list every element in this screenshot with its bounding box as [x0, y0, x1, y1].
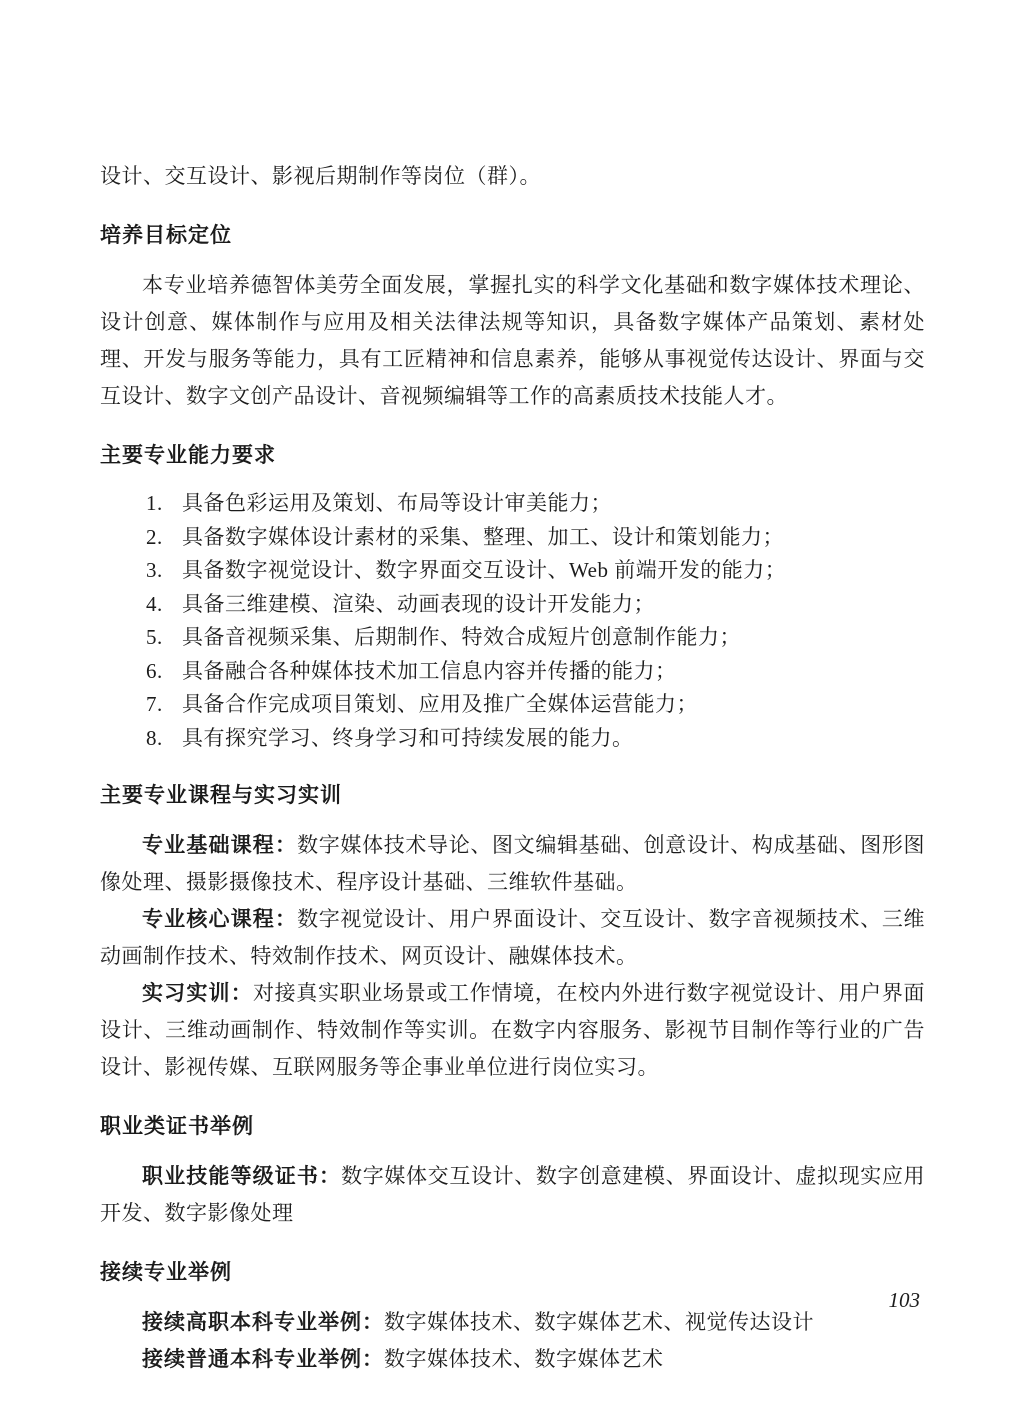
ability-list-item-3: 3. 具备数字视觉设计、数字界面交互设计、Web 前端开发的能力； — [100, 554, 925, 588]
continuing-regular-text: 数字媒体技术、数字媒体艺术 — [384, 1347, 664, 1371]
document-page: 设计、交互设计、影视后期制作等岗位（群）。 培养目标定位 本专业培养德智体美劳全… — [0, 0, 1024, 1426]
list-item-text: 具备数字媒体设计素材的采集、整理、加工、设计和策划能力； — [182, 521, 925, 555]
ability-list-item-7: 7. 具备合作完成项目策划、应用及推广全媒体运营能力； — [100, 688, 925, 722]
list-item-text: 具备三维建模、渲染、动画表现的设计开发能力； — [182, 588, 925, 622]
lead-paragraph: 设计、交互设计、影视后期制作等岗位（群）。 — [100, 158, 925, 195]
continuing-vocational-label: 接续高职本科专业举例： — [142, 1311, 384, 1334]
courses-core-label: 专业核心课程： — [142, 908, 297, 931]
list-item-text: 具备合作完成项目策划、应用及推广全媒体运营能力； — [182, 688, 925, 722]
certificates-label: 职业技能等级证书： — [142, 1165, 341, 1188]
list-item-text: 具备融合各种媒体技术加工信息内容并传播的能力； — [182, 655, 925, 689]
list-item-number: 5. — [146, 621, 182, 655]
section-heading-ability-requirements: 主要专业能力要求 — [100, 442, 925, 470]
internship-label: 实习实训： — [142, 982, 253, 1005]
list-item-text: 具有探究学习、终身学习和可持续发展的能力。 — [182, 722, 925, 756]
list-item-number: 1. — [146, 487, 182, 521]
list-item-text: 具备音视频采集、后期制作、特效合成短片创意制作能力； — [182, 621, 925, 655]
list-item-number: 7. — [146, 688, 182, 722]
list-item-number: 6. — [146, 655, 182, 689]
list-item-number: 8. — [146, 722, 182, 756]
ability-list-item-2: 2. 具备数字媒体设计素材的采集、整理、加工、设计和策划能力； — [100, 521, 925, 555]
list-item-number: 3. — [146, 554, 182, 588]
ability-list-item-5: 5. 具备音视频采集、后期制作、特效合成短片创意制作能力； — [100, 621, 925, 655]
continuing-vocational-text: 数字媒体技术、数字媒体艺术、视觉传达设计 — [384, 1310, 814, 1334]
section-heading-courses: 主要专业课程与实习实训 — [100, 782, 925, 810]
list-item-number: 4. — [146, 588, 182, 622]
ability-list: 1. 具备色彩运用及策划、布局等设计审美能力； 2. 具备数字媒体设计素材的采集… — [100, 487, 925, 755]
page-number: 103 — [889, 1288, 921, 1313]
courses-basic-label: 专业基础课程： — [142, 834, 297, 857]
ability-list-item-6: 6. 具备融合各种媒体技术加工信息内容并传播的能力； — [100, 655, 925, 689]
list-item-number: 2. — [146, 521, 182, 555]
list-item-text: 具备数字视觉设计、数字界面交互设计、Web 前端开发的能力； — [182, 554, 925, 588]
certificates-paragraph: 职业技能等级证书：数字媒体交互设计、数字创意建模、界面设计、虚拟现实应用开发、数… — [100, 1158, 925, 1232]
internship-paragraph: 实习实训：对接真实职业场景或工作情境，在校内外进行数字视觉设计、用户界面设计、三… — [100, 975, 925, 1086]
list-item-text: 具备色彩运用及策划、布局等设计审美能力； — [182, 487, 925, 521]
continuing-regular-label: 接续普通本科专业举例： — [142, 1348, 384, 1371]
section-heading-continuing: 接续专业举例 — [100, 1259, 925, 1287]
continuing-regular-paragraph: 接续普通本科专业举例：数字媒体技术、数字媒体艺术 — [100, 1341, 925, 1378]
section-heading-training-goal: 培养目标定位 — [100, 222, 925, 250]
ability-list-item-4: 4. 具备三维建模、渲染、动画表现的设计开发能力； — [100, 588, 925, 622]
section-heading-certificates: 职业类证书举例 — [100, 1113, 925, 1141]
ability-list-item-1: 1. 具备色彩运用及策划、布局等设计审美能力； — [100, 487, 925, 521]
courses-basic-paragraph: 专业基础课程：数字媒体技术导论、图文编辑基础、创意设计、构成基础、图形图像处理、… — [100, 827, 925, 901]
courses-core-paragraph: 专业核心课程：数字视觉设计、用户界面设计、交互设计、数字音视频技术、三维动画制作… — [100, 901, 925, 975]
training-goal-paragraph: 本专业培养德智体美劳全面发展，掌握扎实的科学文化基础和数字媒体技术理论、设计创意… — [100, 267, 925, 415]
continuing-vocational-paragraph: 接续高职本科专业举例：数字媒体技术、数字媒体艺术、视觉传达设计 — [100, 1304, 925, 1341]
ability-list-item-8: 8. 具有探究学习、终身学习和可持续发展的能力。 — [100, 722, 925, 756]
